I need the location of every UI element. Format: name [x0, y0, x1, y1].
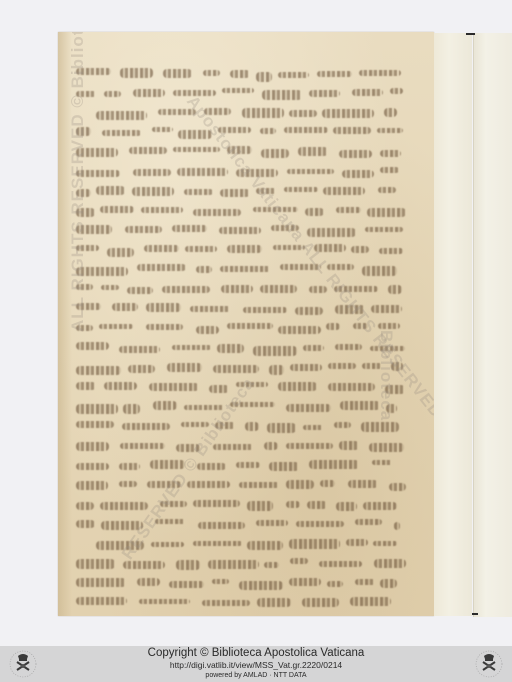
binding-strip-left [434, 33, 472, 616]
handwriting-line [76, 299, 424, 319]
handwriting-line [76, 397, 424, 417]
handwriting-line [76, 142, 424, 162]
handwriting-line [76, 201, 424, 221]
handwriting-line [76, 593, 424, 613]
handwriting-line [76, 495, 424, 515]
handwriting-line [76, 84, 424, 104]
copyright-footer: Copyright © Biblioteca Apostolica Vatica… [0, 646, 512, 682]
copyright-text: Copyright © Biblioteca Apostolica Vatica… [0, 647, 512, 660]
handwriting-line [76, 280, 424, 300]
handwriting-line [76, 456, 424, 476]
handwriting-line [76, 319, 424, 339]
permalink-url[interactable]: http://digi.vatlib.it/view/MSS_Vat.gr.22… [0, 660, 512, 671]
handwriting-line [76, 417, 424, 437]
image-viewer: ALL RIGHTS RESERVED © Biblioteca Apostol… [0, 0, 512, 646]
handwriting-line [76, 554, 424, 574]
handwriting-line [76, 162, 424, 182]
handwriting-line [76, 123, 424, 143]
handwriting-line [76, 436, 424, 456]
handwriting-line [76, 260, 424, 280]
handwriting-line [76, 534, 424, 554]
handwriting-line [76, 64, 424, 84]
powered-by-text: powered by AMLAD · NTT DATA [0, 671, 512, 681]
handwriting-line [76, 103, 424, 123]
handwriting-line [76, 475, 424, 495]
binding-strip-right [473, 33, 512, 617]
page-edge [58, 32, 72, 616]
handwriting-line [76, 378, 424, 398]
page-marker [472, 613, 478, 615]
page-marker [466, 33, 475, 35]
handwriting-line [76, 515, 424, 535]
handwritten-text [76, 64, 424, 613]
handwriting-line [76, 221, 424, 241]
handwriting-line [76, 358, 424, 378]
handwriting-line [76, 182, 424, 202]
handwriting-line [76, 338, 424, 358]
handwriting-line [76, 240, 424, 260]
vatican-library-logo-icon [472, 648, 506, 680]
manuscript-page: ALL RIGHTS RESERVED © Biblioteca Apostol… [58, 32, 434, 616]
handwriting-line [76, 573, 424, 593]
